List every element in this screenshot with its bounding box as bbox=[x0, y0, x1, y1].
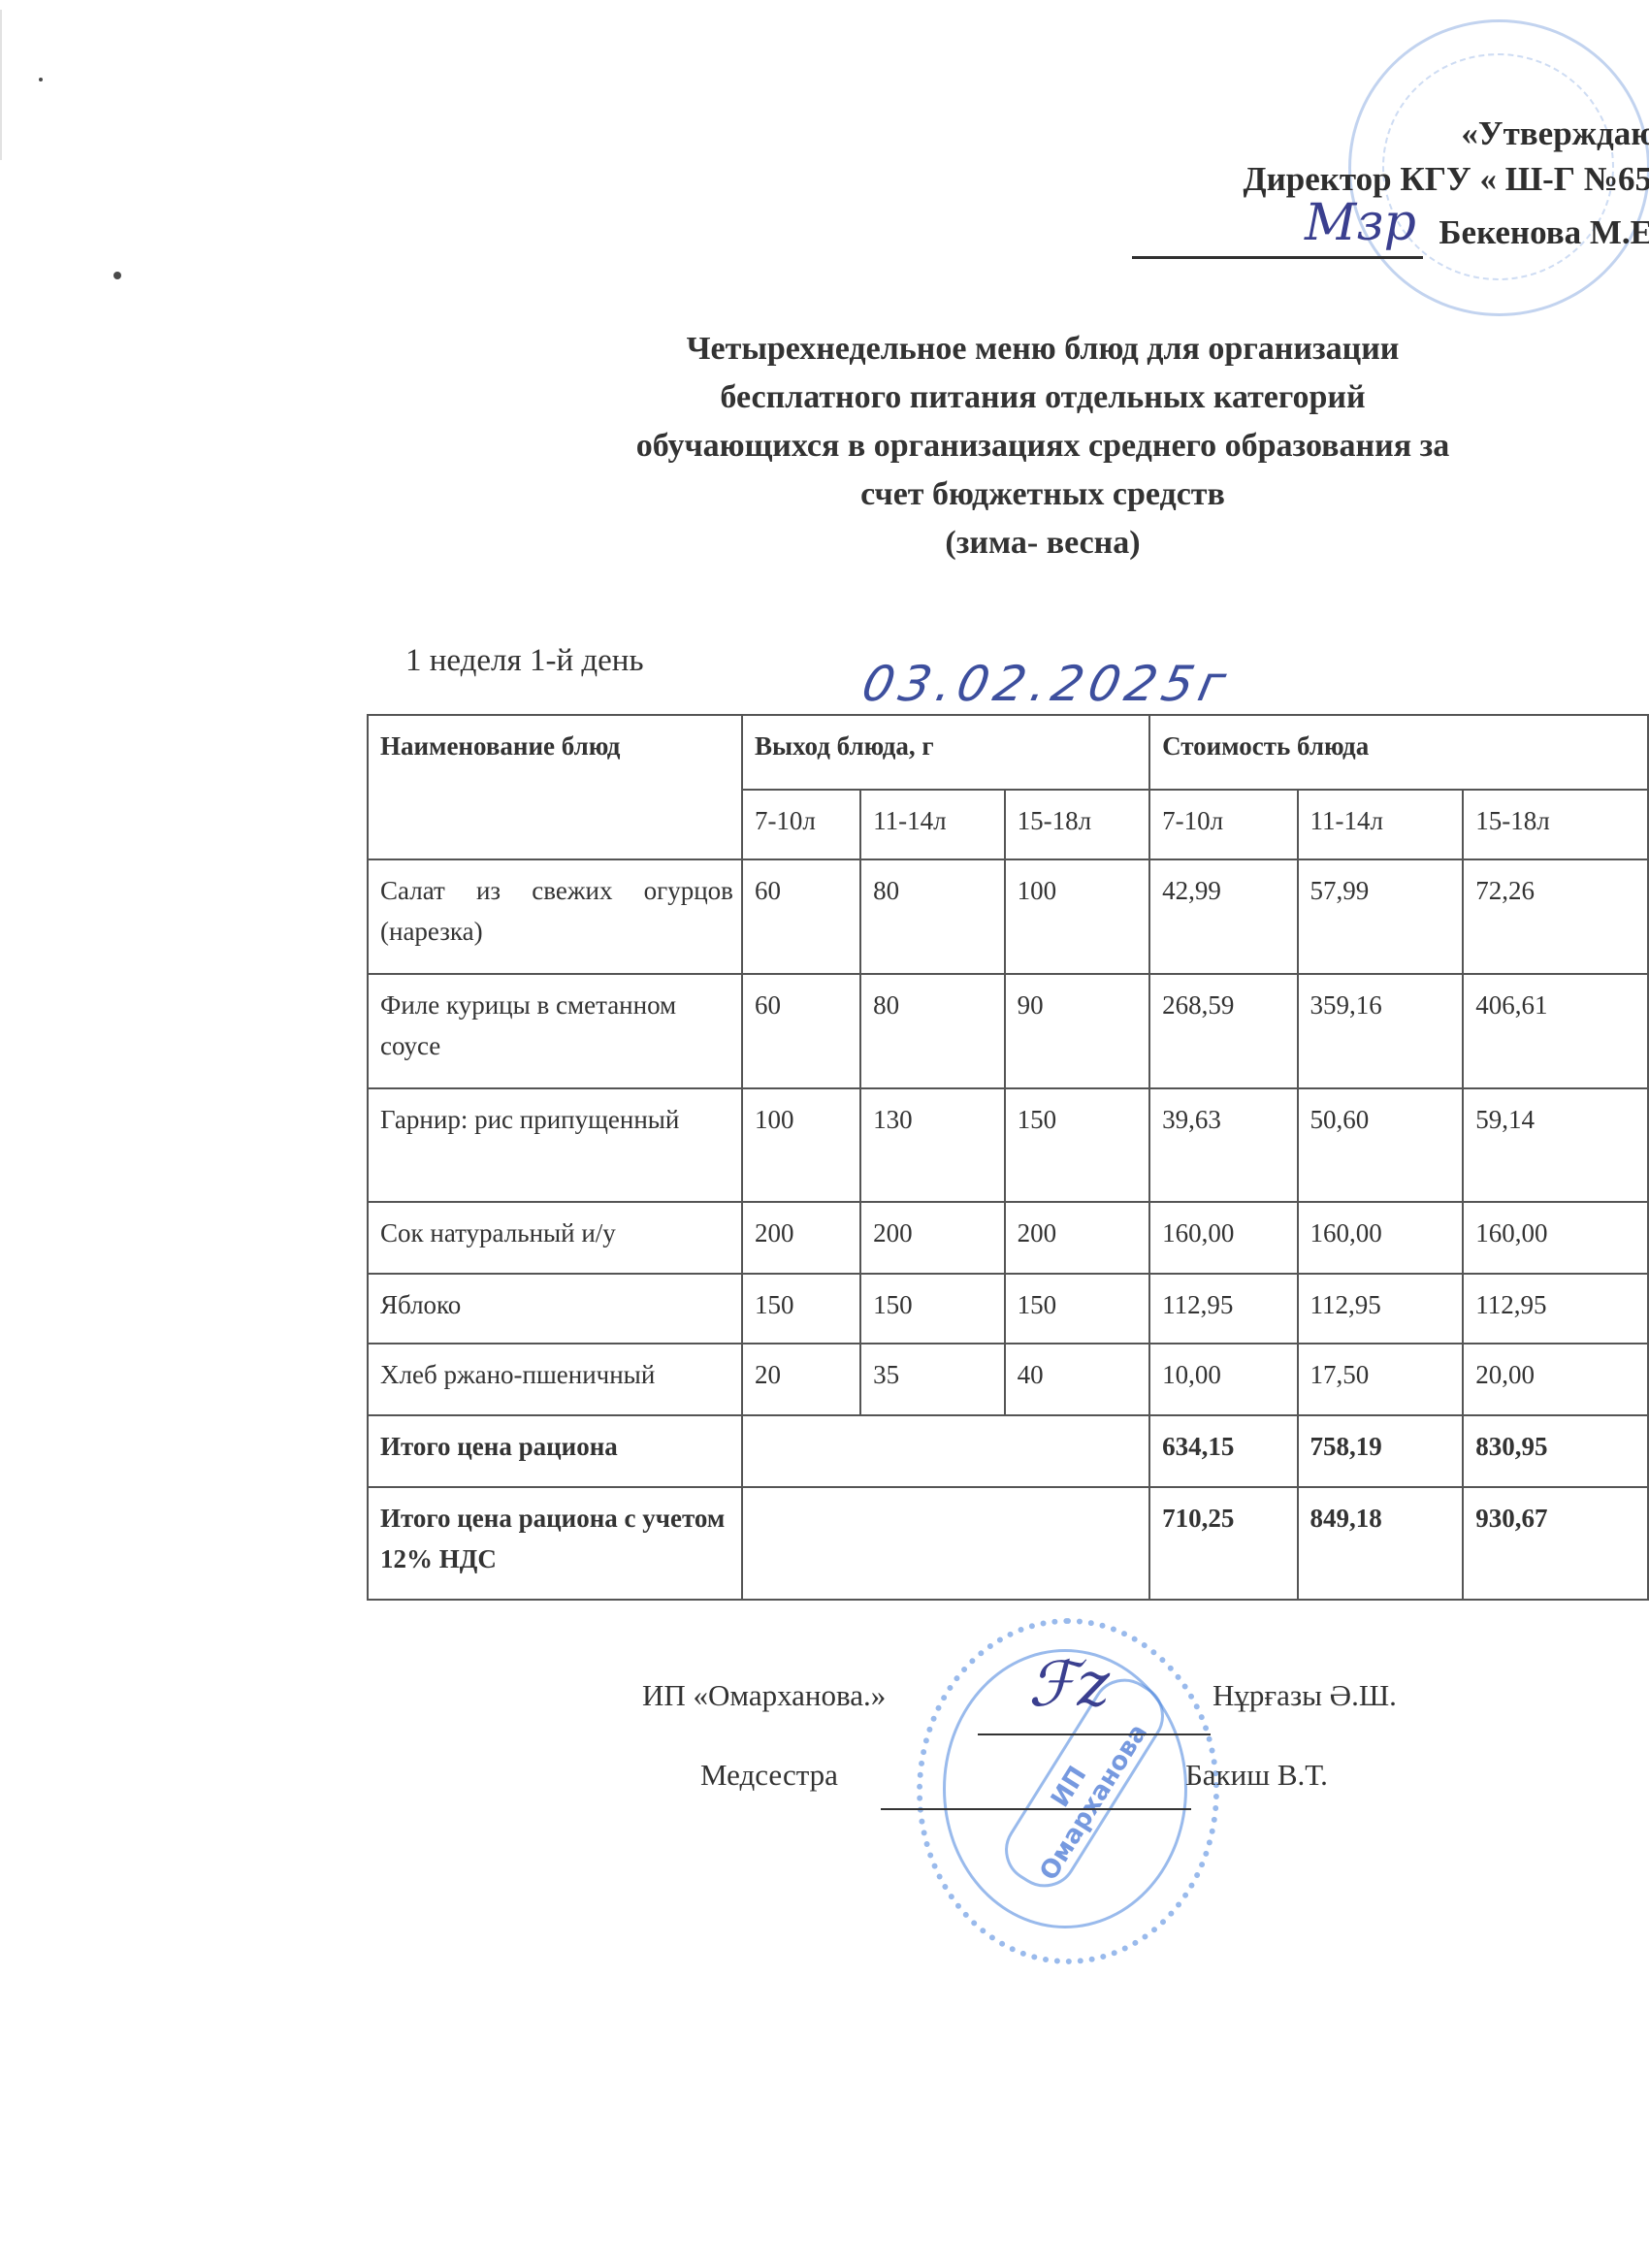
director-signature-line bbox=[1132, 256, 1423, 259]
total-empty-cell bbox=[742, 1415, 1149, 1487]
table-row: Салат из свежих огурцов (нарезка) 60 80 … bbox=[368, 859, 1648, 974]
supplier-signature-icon: ℱz bbox=[1028, 1649, 1110, 1721]
table-row: Филе курицы в сметанном соусе 60 80 90 2… bbox=[368, 974, 1648, 1088]
total-label: Итого цена рациона bbox=[368, 1415, 742, 1487]
dish-cost: 112,95 bbox=[1298, 1274, 1464, 1344]
dish-cost: 20,00 bbox=[1463, 1344, 1648, 1415]
dish-name: Салат из свежих огурцов (нарезка) bbox=[368, 859, 742, 974]
dish-cost: 10,00 bbox=[1149, 1344, 1297, 1415]
title-line: бесплатного питания отдельных категорий bbox=[543, 373, 1542, 422]
menu-table: Наименование блюд Выход блюда, г Стоимос… bbox=[367, 714, 1649, 1601]
dish-cost: 59,14 bbox=[1463, 1088, 1648, 1202]
dish-yield: 20 bbox=[742, 1344, 860, 1415]
yield-age-group: 15-18л bbox=[1005, 790, 1149, 859]
dish-cost: 57,99 bbox=[1298, 859, 1464, 974]
total-row: Итого цена рациона 634,15 758,19 830,95 bbox=[368, 1415, 1648, 1487]
dish-yield: 40 bbox=[1005, 1344, 1149, 1415]
dish-yield: 80 bbox=[860, 859, 1005, 974]
dish-yield: 150 bbox=[742, 1274, 860, 1344]
total-vat-cost: 710,25 bbox=[1149, 1487, 1297, 1600]
yield-age-group: 7-10л bbox=[742, 790, 860, 859]
director-signature-icon: Мзр bbox=[1305, 194, 1416, 252]
header-cost: Стоимость блюда bbox=[1149, 715, 1648, 790]
cost-age-group: 15-18л bbox=[1463, 790, 1648, 859]
dish-cost: 406,61 bbox=[1463, 974, 1648, 1088]
dish-yield: 100 bbox=[1005, 859, 1149, 974]
dish-cost: 112,95 bbox=[1463, 1274, 1648, 1344]
total-vat-cost: 849,18 bbox=[1298, 1487, 1464, 1600]
cost-age-group: 11-14л bbox=[1298, 790, 1464, 859]
dish-name: Яблоко bbox=[368, 1274, 742, 1344]
dish-yield: 150 bbox=[1005, 1274, 1149, 1344]
dish-cost: 359,16 bbox=[1298, 974, 1464, 1088]
dish-name: Гарнир: рис припущенный bbox=[368, 1088, 742, 1202]
dish-yield: 100 bbox=[742, 1088, 860, 1202]
dish-yield: 130 bbox=[860, 1088, 1005, 1202]
title-line: обучающихся в организациях среднего обра… bbox=[543, 422, 1542, 470]
cost-age-group: 7-10л bbox=[1149, 790, 1297, 859]
approval-heading: «Утверждаю bbox=[1461, 114, 1649, 153]
total-vat-row: Итого цена рациона с учетом 12% НДС 710,… bbox=[368, 1487, 1648, 1600]
dish-yield: 80 bbox=[860, 974, 1005, 1088]
nurse-signature-line bbox=[881, 1808, 1191, 1810]
dish-cost: 42,99 bbox=[1149, 859, 1297, 974]
handwritten-date: 03.02.2025г bbox=[857, 656, 1237, 712]
dish-cost: 160,00 bbox=[1298, 1202, 1464, 1274]
table-row: Яблоко 150 150 150 112,95 112,95 112,95 bbox=[368, 1274, 1648, 1344]
dish-yield: 90 bbox=[1005, 974, 1149, 1088]
nurse-name: Бакиш В.Т. bbox=[1185, 1758, 1328, 1793]
total-vat-cost: 930,67 bbox=[1463, 1487, 1648, 1600]
week-day-label: 1 неделя 1-й день bbox=[405, 643, 644, 679]
title-line: Четырехнедельное меню блюд для организац… bbox=[543, 325, 1542, 373]
scan-edge-line bbox=[0, 10, 2, 160]
dish-name: Сок натуральный и/у bbox=[368, 1202, 742, 1274]
total-vat-label: Итого цена рациона с учетом 12% НДС bbox=[368, 1487, 742, 1600]
approval-director-name: Бекенова М.Е bbox=[1439, 213, 1649, 252]
scan-speck bbox=[113, 272, 121, 279]
dish-cost: 112,95 bbox=[1149, 1274, 1297, 1344]
yield-age-group: 11-14л bbox=[860, 790, 1005, 859]
approval-director: Директор КГУ « Ш-Г №65 bbox=[1244, 160, 1649, 199]
supplier-signature-line bbox=[978, 1733, 1211, 1735]
dish-cost: 50,60 bbox=[1298, 1088, 1464, 1202]
total-cost: 634,15 bbox=[1149, 1415, 1297, 1487]
total-cost: 758,19 bbox=[1298, 1415, 1464, 1487]
dish-yield: 60 bbox=[742, 859, 860, 974]
table-header-row: Наименование блюд Выход блюда, г Стоимос… bbox=[368, 715, 1648, 790]
dish-yield: 200 bbox=[1005, 1202, 1149, 1274]
dish-yield: 150 bbox=[860, 1274, 1005, 1344]
dish-cost: 39,63 bbox=[1149, 1088, 1297, 1202]
dish-cost: 17,50 bbox=[1298, 1344, 1464, 1415]
dish-yield: 200 bbox=[860, 1202, 1005, 1274]
dish-yield: 150 bbox=[1005, 1088, 1149, 1202]
dish-cost: 160,00 bbox=[1463, 1202, 1648, 1274]
table-row: Хлеб ржано-пшеничный 20 35 40 10,00 17,5… bbox=[368, 1344, 1648, 1415]
dish-cost: 160,00 bbox=[1149, 1202, 1297, 1274]
dish-name: Филе курицы в сметанном соусе bbox=[368, 974, 742, 1088]
dish-name: Хлеб ржано-пшеничный bbox=[368, 1344, 742, 1415]
supplier-label: ИП «Омарханова.» bbox=[642, 1678, 886, 1713]
dish-cost: 72,26 bbox=[1463, 859, 1648, 974]
title-line: (зима- весна) bbox=[543, 519, 1542, 567]
supplier-name: Нұрғазы Ә.Ш. bbox=[1212, 1678, 1397, 1713]
dish-cost: 268,59 bbox=[1149, 974, 1297, 1088]
dish-yield: 60 bbox=[742, 974, 860, 1088]
total-cost: 830,95 bbox=[1463, 1415, 1648, 1487]
document-title: Четырехнедельное меню блюд для организац… bbox=[543, 325, 1542, 567]
dish-yield: 200 bbox=[742, 1202, 860, 1274]
nurse-label: Медсестра bbox=[700, 1758, 838, 1793]
total-vat-empty-cell bbox=[742, 1487, 1149, 1600]
title-line: счет бюджетных средств bbox=[543, 470, 1542, 519]
header-dish-name: Наименование блюд bbox=[368, 715, 742, 859]
dish-yield: 35 bbox=[860, 1344, 1005, 1415]
scan-speck bbox=[39, 78, 43, 81]
table-row: Сок натуральный и/у 200 200 200 160,00 1… bbox=[368, 1202, 1648, 1274]
header-yield: Выход блюда, г bbox=[742, 715, 1149, 790]
table-row: Гарнир: рис припущенный 100 130 150 39,6… bbox=[368, 1088, 1648, 1202]
